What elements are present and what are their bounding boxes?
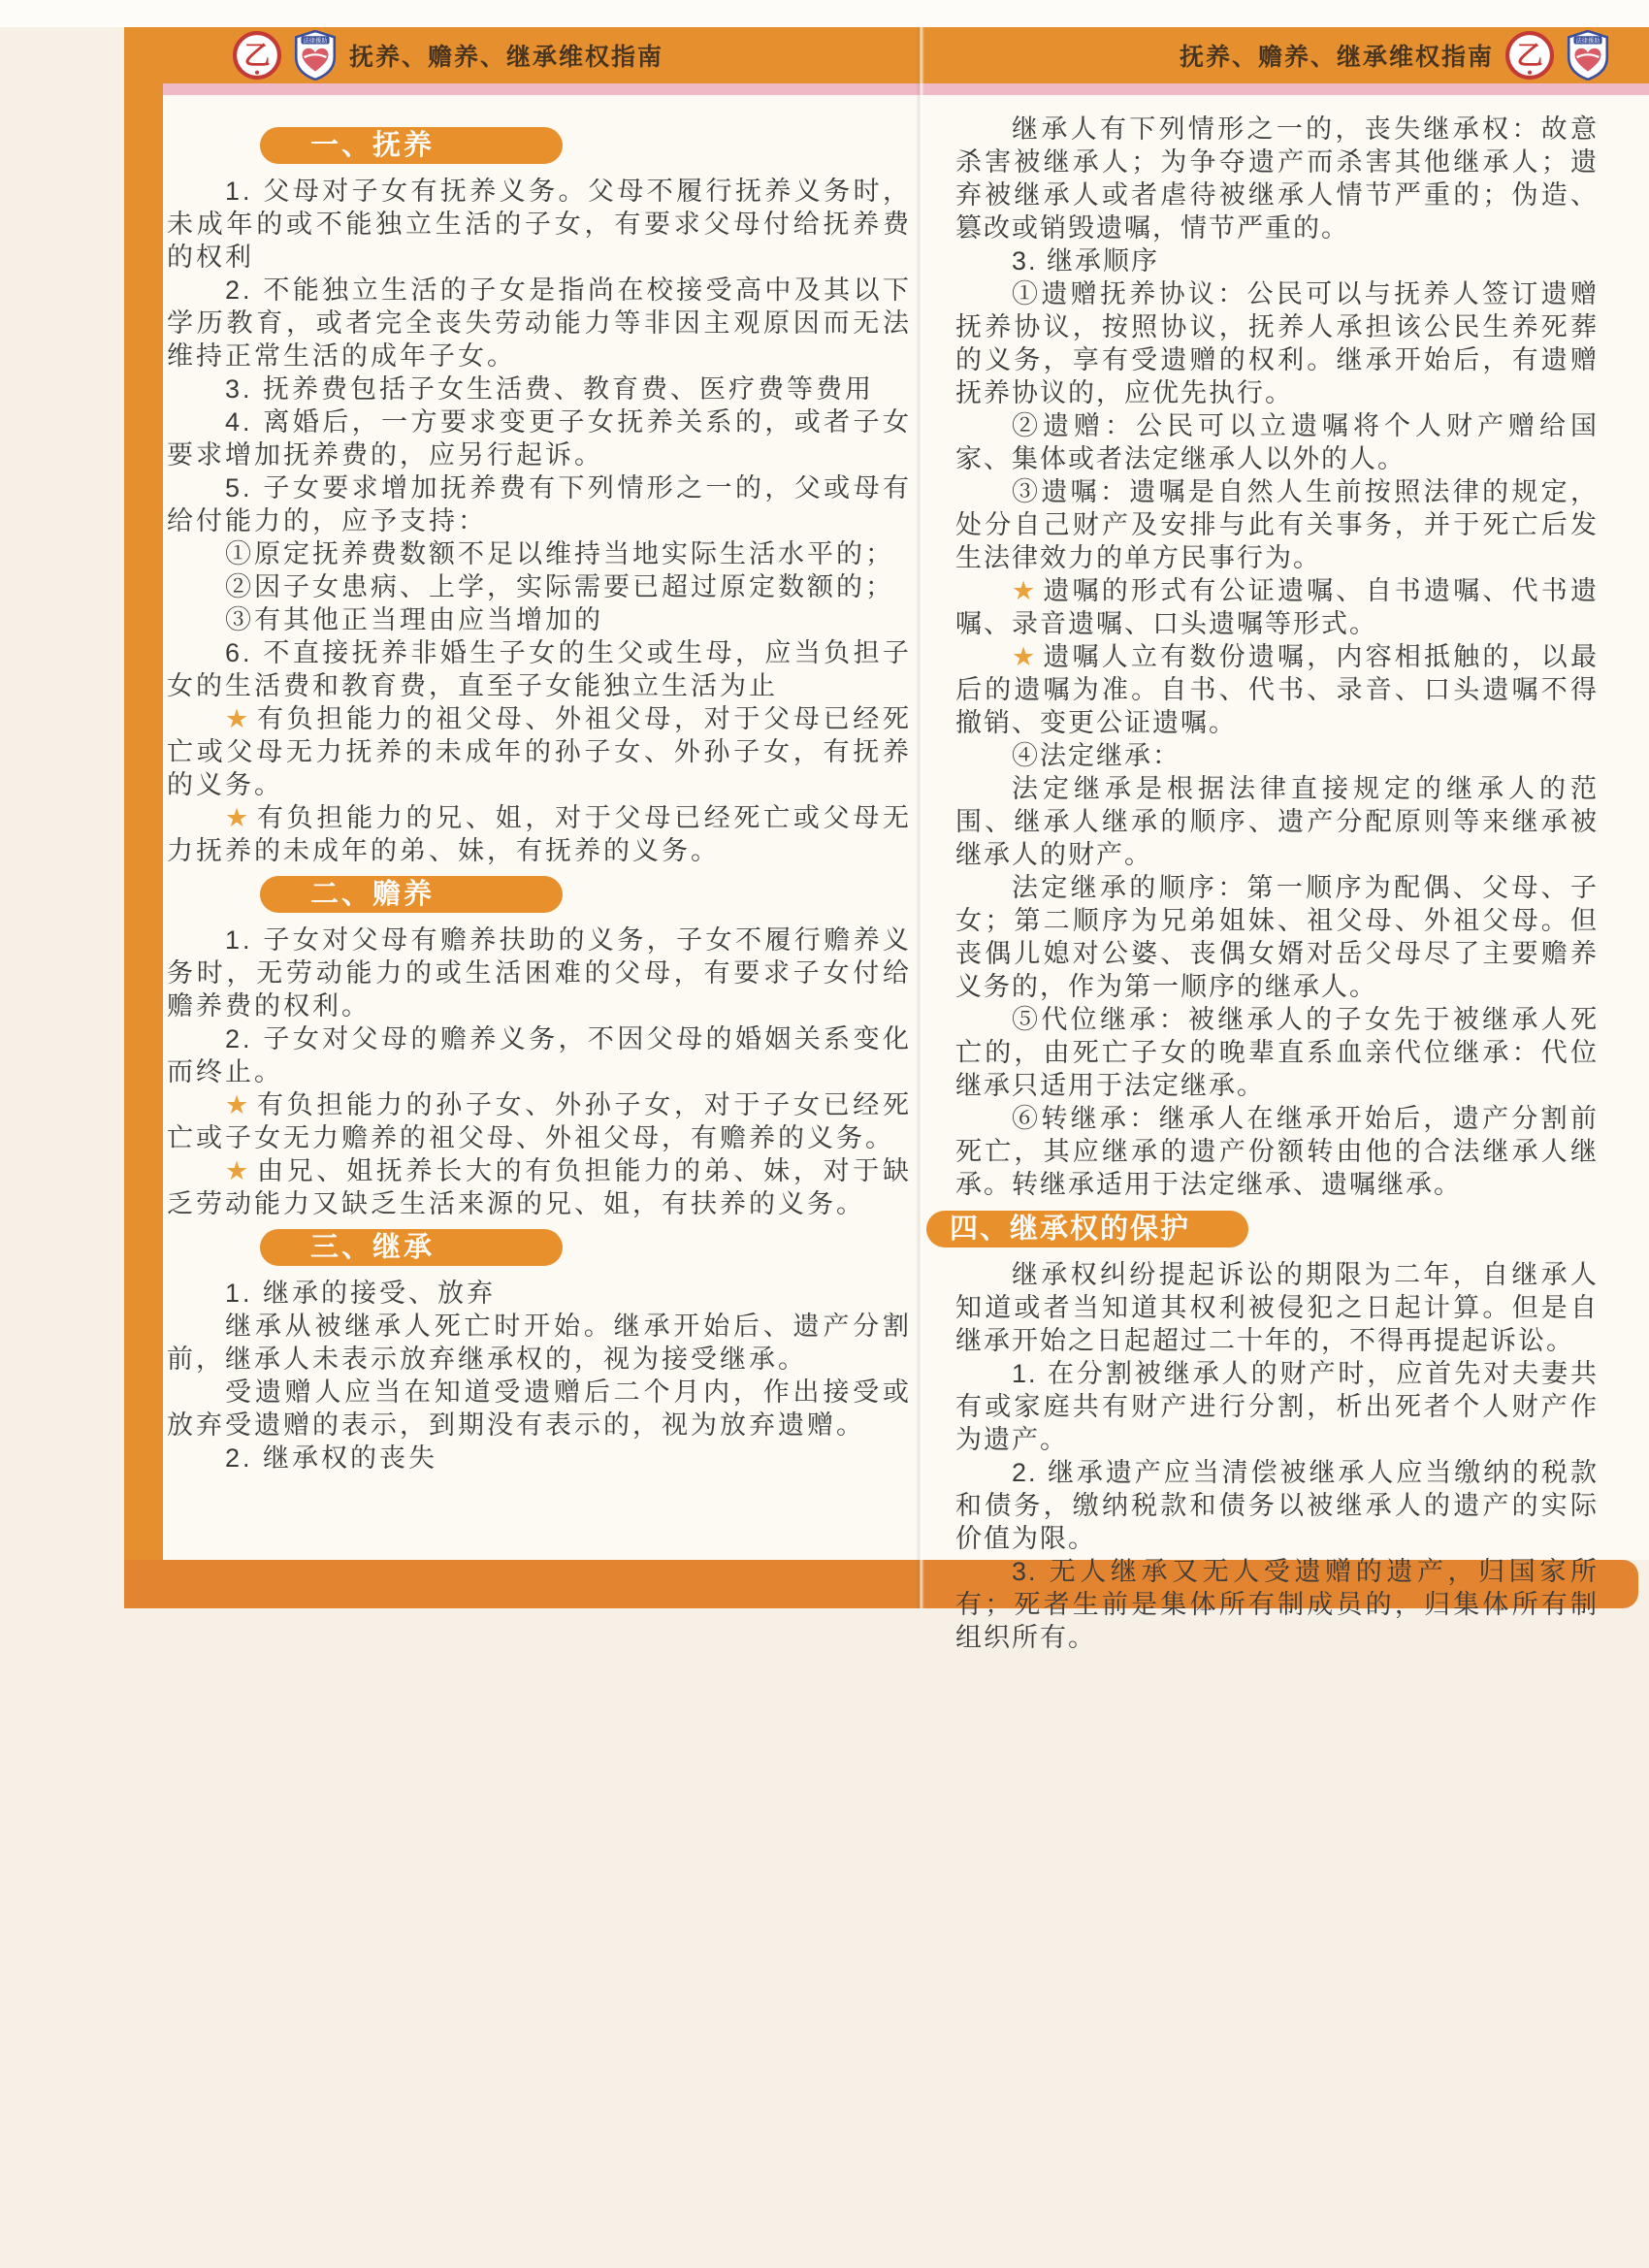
star-icon: ★ bbox=[1012, 576, 1038, 605]
starred-paragraph: ★遗嘱人立有数份遗嘱，内容相抵触的，以最后的遗嘱为准。自书、代书、录音、口头遗嘱… bbox=[955, 640, 1599, 739]
paragraph: 4. 离婚后，一方要求变更子女抚养关系的，或者子女要求增加抚养费的，应另行起诉。 bbox=[167, 405, 912, 471]
paragraph: 受遗赠人应当在知道受遗赠后二个月内，作出接受或放弃受遗赠的表示，到期没有表示的，… bbox=[167, 1376, 912, 1442]
paragraph: 法定继承的顺序：第一顺序为配偶、父母、子女；第二顺序为兄弟姐妹、祖父母、外祖父母… bbox=[955, 871, 1599, 1003]
starred-paragraph: ★由兄、姐抚养长大的有负担能力的弟、妹，对于缺乏劳动能力又缺乏生活来源的兄、姐，… bbox=[167, 1154, 912, 1220]
section-heading: 一、抚养 bbox=[260, 127, 563, 164]
paragraph: ①遗赠抚养协议：公民可以与抚养人签订遗赠抚养协议，按照协议，抚养人承担该公民生养… bbox=[955, 277, 1599, 409]
section-heading: 二、赡养 bbox=[260, 876, 563, 913]
paragraph: 3. 无人继承又无人受遗赠的遗产，归国家所有；死者生前是集体所有制成员的，归集体… bbox=[955, 1555, 1599, 1654]
paragraph: ②遗赠：公民可以立遗嘱将个人财产赠给国家、集体或者法定继承人以外的人。 bbox=[955, 409, 1599, 475]
left-border-bar bbox=[124, 27, 163, 1608]
svg-text:乙: 乙 bbox=[1516, 40, 1542, 70]
section-heading: 三、继承 bbox=[260, 1229, 563, 1266]
starred-paragraph: ★有负担能力的孙子女、外孙子女，对于子女已经死亡或子女无力赡养的祖父母、外祖父母… bbox=[167, 1088, 912, 1154]
round-emblem-icon: 乙 bbox=[1505, 31, 1554, 80]
paragraph: 2. 继承权的丧失 bbox=[167, 1442, 912, 1474]
legal-aid-shield-icon: 法律援助 bbox=[293, 30, 338, 81]
paragraph: ③遗嘱：遗嘱是自然人生前按照法律的规定，处分自己财产及安排与此有关事务，并于死亡… bbox=[955, 475, 1599, 574]
svg-text:法律援助: 法律援助 bbox=[1576, 37, 1600, 45]
star-icon: ★ bbox=[225, 803, 252, 832]
paragraph: 继承权纠纷提起诉讼的期限为二年，自继承人知道或者当知道其权利被侵犯之日起计算。但… bbox=[955, 1258, 1599, 1357]
svg-text:乙: 乙 bbox=[243, 40, 270, 70]
paragraph: 1. 父母对子女有抚养义务。父母不履行抚养义务时，未成年的或不能独立生活的子女，… bbox=[167, 175, 912, 274]
paragraph: 2. 继承遗产应当清偿被继承人应当缴纳的税款和债务，缴纳税款和债务以被继承人的遗… bbox=[955, 1456, 1599, 1555]
paragraph: 3. 继承顺序 bbox=[955, 244, 1599, 277]
star-icon: ★ bbox=[225, 704, 252, 733]
legal-aid-shield-icon: 法律援助 bbox=[1566, 30, 1610, 81]
right-column: 继承人有下列情形之一的，丧失继承权：故意杀害被继承人；为争夺遗产而杀害其他继承人… bbox=[955, 113, 1599, 1654]
paragraph: 继承从被继承人死亡时开始。继承开始后、遗产分割前，继承人未表示放弃继承权的，视为… bbox=[167, 1310, 912, 1376]
paragraph: ④法定继承： bbox=[955, 739, 1599, 772]
paragraph: ③有其他正当理由应当增加的 bbox=[167, 603, 912, 636]
paragraph: ②因子女患病、上学，实际需要已超过原定数额的； bbox=[167, 570, 912, 603]
paragraph: 5. 子女要求增加抚养费有下列情形之一的，父或母有给付能力的，应予支持： bbox=[167, 471, 912, 537]
round-emblem-icon: 乙 bbox=[233, 31, 281, 80]
star-icon: ★ bbox=[225, 1156, 252, 1185]
starred-paragraph: ★有负担能力的兄、姐，对于父母已经死亡或父母无力抚养的未成年的弟、妹，有抚养的义… bbox=[167, 801, 912, 867]
paragraph: 2. 不能独立生活的子女是指尚在校接受高中及其以下学历教育，或者完全丧失劳动能力… bbox=[167, 274, 912, 373]
paragraph: ⑤代位继承：被继承人的子女先于被继承人死亡的，由死亡子女的晚辈直系血亲代位继承：… bbox=[955, 1003, 1599, 1102]
paragraph: ①原定抚养费数额不足以维持当地实际生活水平的； bbox=[167, 537, 912, 570]
paragraph: 3. 抚养费包括子女生活费、教育费、医疗费等费用 bbox=[167, 373, 912, 405]
star-icon: ★ bbox=[1012, 642, 1038, 671]
header-title: 抚养、赡养、继承维权指南 bbox=[349, 38, 663, 73]
paragraph: 1. 继承的接受、放弃 bbox=[167, 1277, 912, 1310]
paragraph: 2. 子女对父母的赡养义务，不因父母的婚姻关系变化而终止。 bbox=[167, 1022, 912, 1088]
paragraph: 1. 在分割被继承人的财产时，应首先对夫妻共有或家庭共有财产进行分割，析出死者个… bbox=[955, 1357, 1599, 1456]
starred-paragraph: ★有负担能力的祖父母、外祖父母，对于父母已经死亡或父母无力抚养的未成年的孙子女、… bbox=[167, 702, 912, 801]
header-title: 抚养、赡养、继承维权指南 bbox=[1180, 38, 1494, 73]
paragraph: 继承人有下列情形之一的，丧失继承权：故意杀害被继承人；为争夺遗产而杀害其他继承人… bbox=[955, 113, 1599, 244]
starred-paragraph: ★遗嘱的形式有公证遗嘱、自书遗嘱、代书遗嘱、录音遗嘱、口头遗嘱等形式。 bbox=[955, 574, 1599, 640]
paragraph: 6. 不直接抚养非婚生子女的生父或生母，应当负担子女的生活费和教育费，直至子女能… bbox=[167, 636, 912, 702]
scanned-pamphlet-page: 乙 法律援助 抚养、赡养、继承维权指南 抚养、赡养、继承维权指南 乙 bbox=[0, 0, 1649, 2268]
left-column: 一、抚养1. 父母对子女有抚养义务。父母不履行抚养义务时，未成年的或不能独立生活… bbox=[167, 118, 912, 1474]
paragraph: 法定继承是根据法律直接规定的继承人的范围、继承人继承的顺序、遗产分配原则等来继承… bbox=[955, 772, 1599, 871]
scan-top-margin bbox=[0, 0, 1649, 27]
header-left-group: 乙 法律援助 抚养、赡养、继承维权指南 bbox=[233, 30, 663, 81]
paragraph: ⑥转继承：继承人在继承开始后，遗产分割前死亡，其应继承的遗产份额转由他的合法继承… bbox=[955, 1102, 1599, 1201]
paragraph: 1. 子女对父母有赡养扶助的义务，子女不履行赡养义务时，无劳动能力的或生活困难的… bbox=[167, 923, 912, 1022]
svg-text:法律援助: 法律援助 bbox=[304, 37, 328, 45]
section-heading: 四、继承权的保护 bbox=[926, 1211, 1248, 1247]
top-header-bar: 乙 法律援助 抚养、赡养、继承维权指南 抚养、赡养、继承维权指南 乙 bbox=[124, 27, 1649, 83]
pink-accent-stripe bbox=[163, 83, 1649, 95]
header-right-group: 抚养、赡养、继承维权指南 乙 法律援助 bbox=[1180, 30, 1610, 81]
fold-line bbox=[916, 27, 924, 1608]
star-icon: ★ bbox=[225, 1090, 252, 1119]
